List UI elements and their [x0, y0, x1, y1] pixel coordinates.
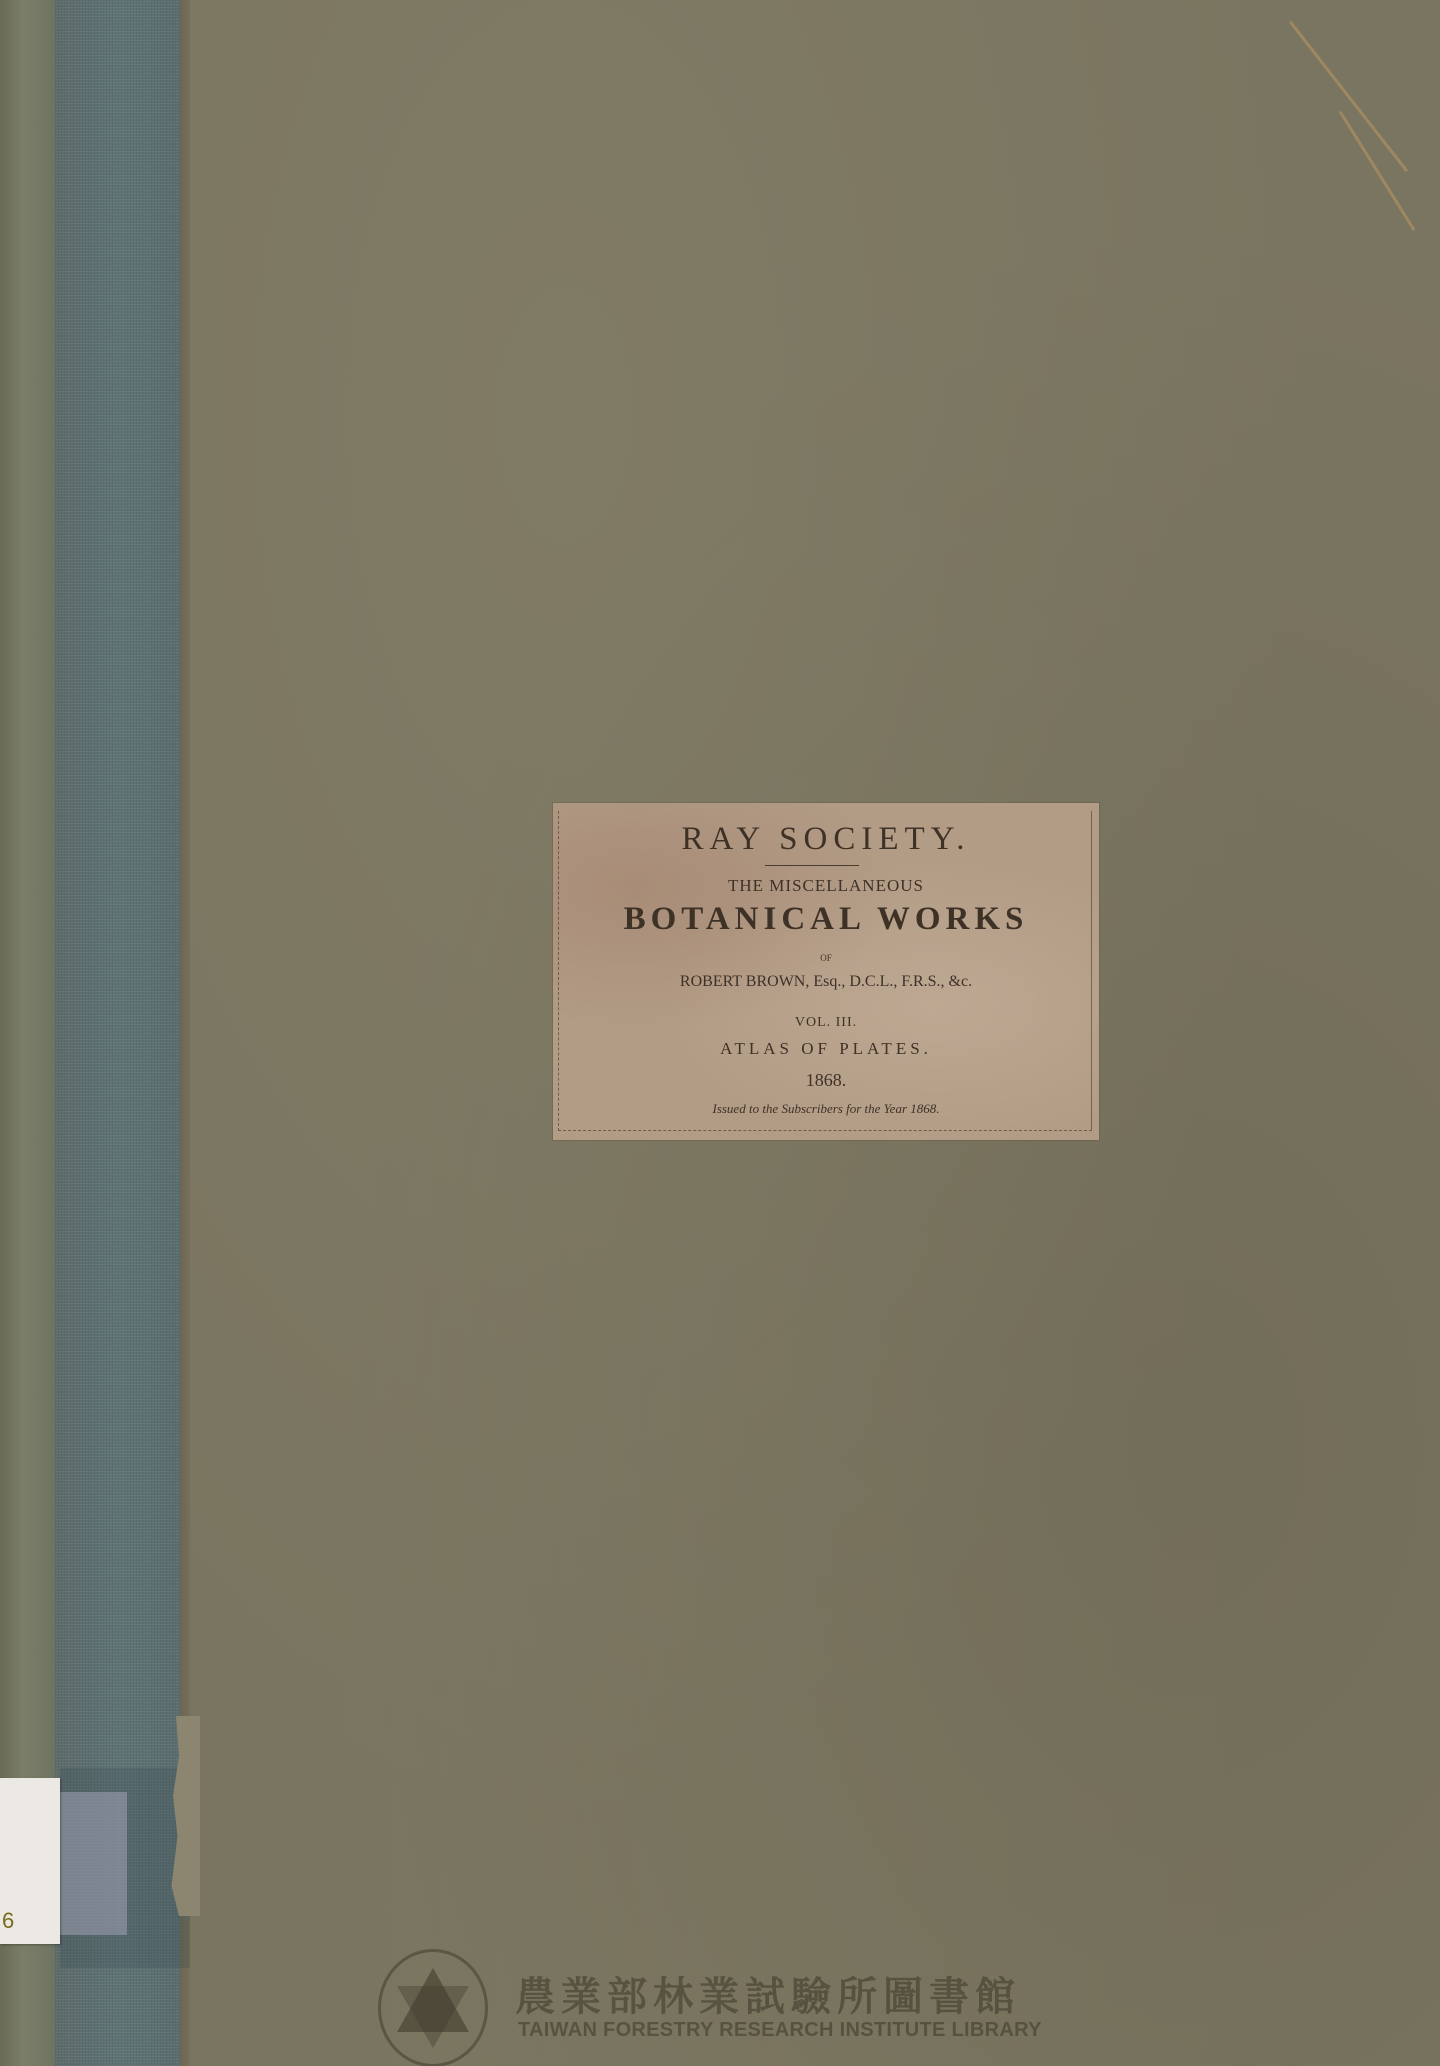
label-volume: VOL. III.	[553, 1015, 1099, 1031]
library-watermark: 農業部林業試驗所圖書館 TAIWAN FORESTRY RESEARCH INS…	[378, 1935, 1078, 2066]
spine-cloth	[55, 0, 185, 2066]
watermark-chinese: 農業部林業試驗所圖書館	[515, 1965, 1021, 2022]
cover-crack	[1289, 21, 1408, 173]
spine-outer-strip	[0, 0, 58, 2066]
call-number-text: 6	[2, 1908, 14, 1934]
watermark-english: TAIWAN FORESTRY RESEARCH INSTITUTE LIBRA…	[518, 2019, 1042, 2042]
label-title: BOTANICAL WORKS	[553, 901, 1099, 938]
label-subtitle: THE MISCELLANEOUS	[553, 876, 1099, 896]
label-author: ROBERT BROWN, Esq., D.C.L., F.R.S., &c.	[553, 973, 1099, 991]
title-label: RAY SOCIETY. THE MISCELLANEOUS BOTANICAL…	[553, 803, 1099, 1140]
label-issued-note: Issued to the Subscribers for the Year 1…	[553, 1101, 1099, 1117]
spine-call-number-label: 6	[0, 1778, 60, 1944]
spine-tape	[60, 1792, 127, 1935]
six-point-star-seal-icon	[378, 1949, 488, 2066]
society-name: RAY SOCIETY.	[553, 821, 1099, 858]
label-of: OF	[553, 953, 1099, 963]
label-rule	[765, 865, 859, 866]
label-year: 1868.	[553, 1070, 1099, 1091]
label-volume-title: ATLAS OF PLATES.	[553, 1039, 1099, 1059]
